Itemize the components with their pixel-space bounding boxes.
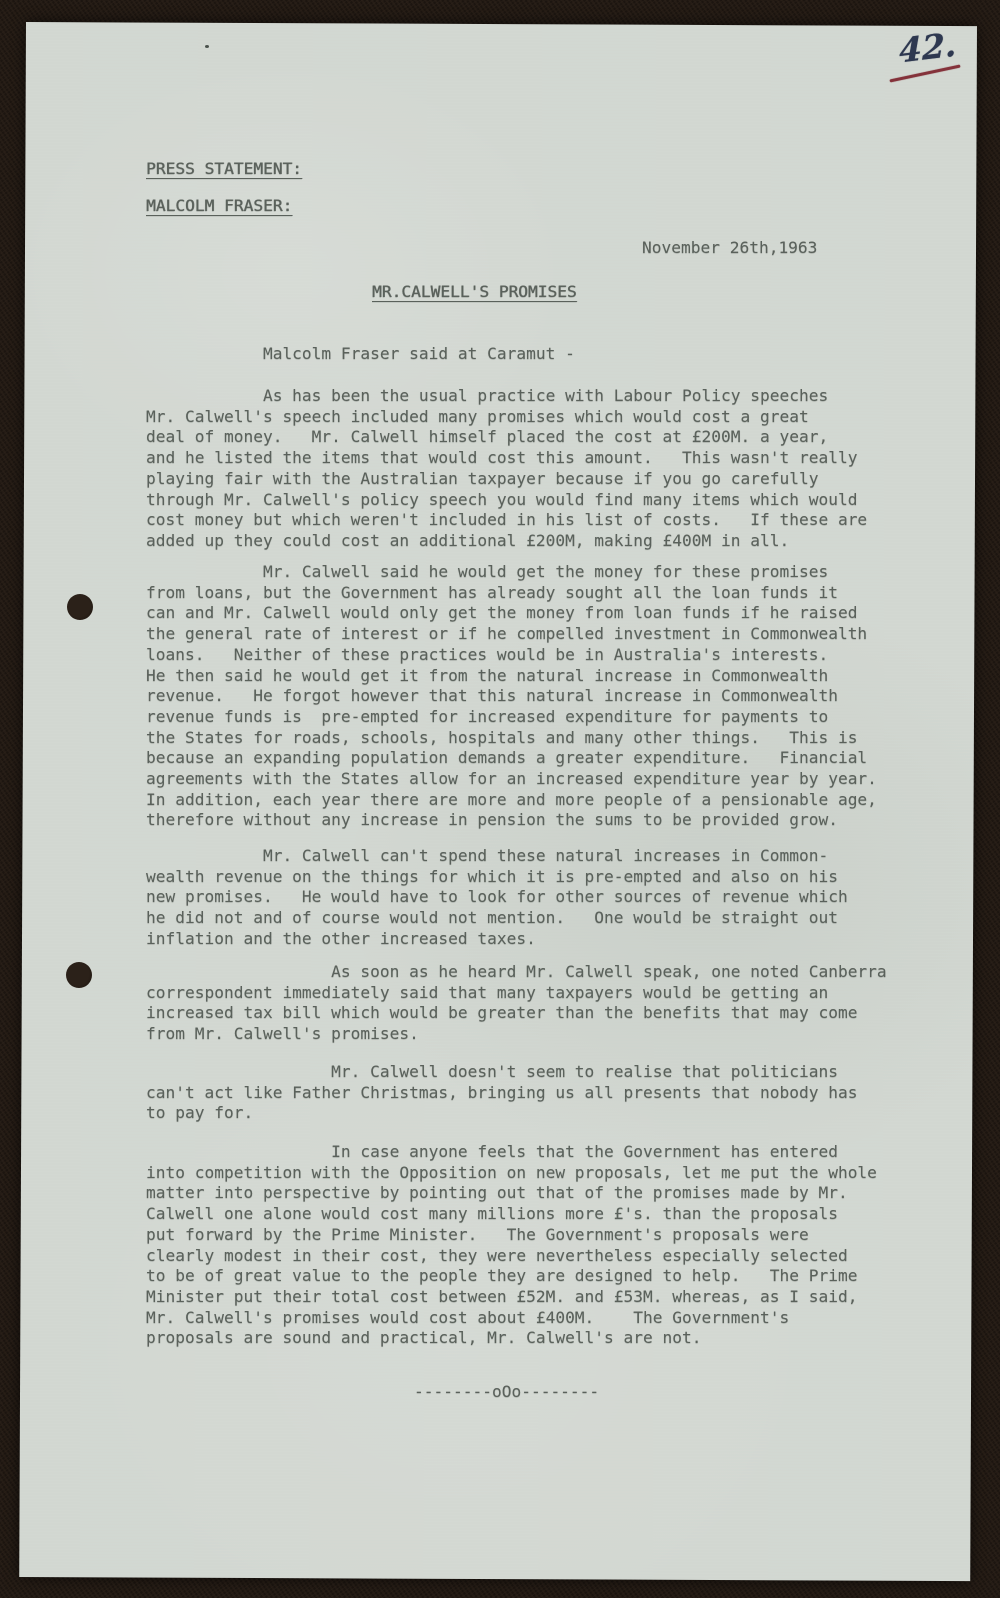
author-label: MALCOLM FRASER: — [146, 196, 292, 217]
paragraph-6: In case anyone feels that the Government… — [146, 1142, 877, 1349]
paper-speck — [205, 45, 209, 48]
document-title: MR.CALWELL'S PROMISES — [372, 282, 577, 303]
intro-line: Malcolm Fraser said at Caramut - — [146, 344, 575, 365]
end-mark: --------oOo-------- — [414, 1382, 599, 1403]
press-statement-label: PRESS STATEMENT: — [146, 159, 302, 180]
paragraph-5: Mr. Calwell doesn't seem to realise that… — [146, 1062, 857, 1124]
paragraph-3: Mr. Calwell can't spend these natural in… — [146, 846, 848, 950]
paragraph-1: As has been the usual practice with Labo… — [146, 386, 867, 552]
scanned-document-photo: 42. PRESS STATEMENT: MALCOLM FRASER: Nov… — [0, 0, 1000, 1598]
document-date: November 26th,1963 — [642, 238, 817, 259]
paragraph-2: Mr. Calwell said he would get the money … — [146, 562, 877, 831]
handwritten-page-number: 42. — [899, 24, 957, 70]
hole-punch-top — [67, 594, 93, 620]
paragraph-4: As soon as he heard Mr. Calwell speak, o… — [146, 962, 887, 1045]
hole-punch-bottom — [66, 962, 92, 988]
